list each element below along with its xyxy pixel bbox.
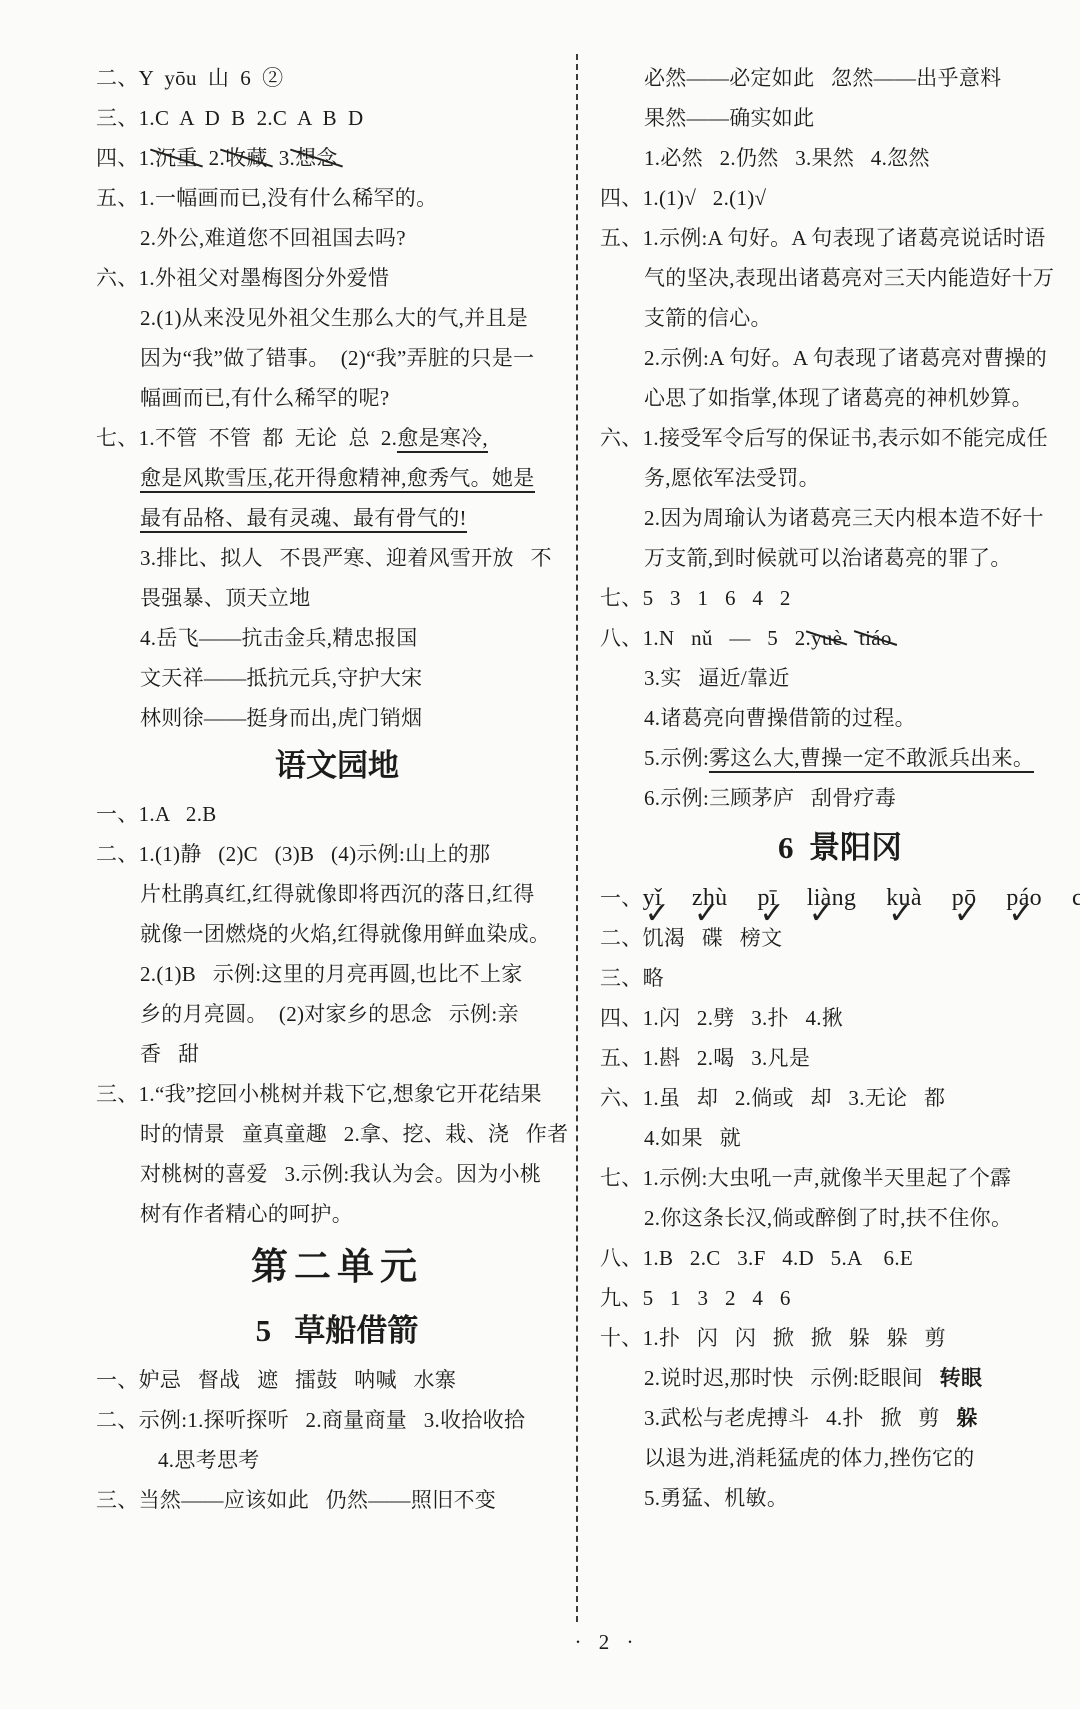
answer-line: 六、1.虽 却 2.倘或 却 3.无论 都 bbox=[600, 1078, 1080, 1118]
answer-line: 五、1.斟 2.喝 3.凡是 bbox=[600, 1038, 1080, 1078]
answer-line: 4.如果 就 bbox=[600, 1118, 1080, 1158]
checkmark-icon: ✓ bbox=[759, 894, 784, 934]
checkmark-icon: ✓ bbox=[694, 894, 719, 934]
answer-line: 林则徐——挺身而出,虎门销烟 bbox=[96, 698, 578, 738]
answer-line: 八、1.B 2.C 3.F 4.D 5.A 6.E bbox=[600, 1238, 1080, 1278]
answer-line: 务,愿依军法受罚。 bbox=[600, 458, 1080, 498]
pinyin-syllable: pī✓ bbox=[757, 878, 776, 918]
answer-line: 五、1.一幅画而已,没有什么稀罕的。 bbox=[96, 178, 578, 218]
answer-line: 2.外公,难道您不回祖国去吗? bbox=[96, 218, 578, 258]
answer-line: 六、1.外祖父对墨梅图分外爱惜 bbox=[96, 258, 578, 298]
answer-line: 九、5 1 3 2 4 6 bbox=[600, 1278, 1080, 1318]
answer-line: 就像一团燃烧的火焰,红得就像用鲜血染成。 bbox=[96, 914, 578, 954]
answer-line: 香 甜 bbox=[96, 1034, 578, 1074]
answer-text bbox=[842, 626, 859, 650]
answer-line: 2.(1)B 示例:这里的月亮再圆,也比不上家 bbox=[96, 954, 578, 994]
left-column: 二、Y yōu 山 6 ② 三、1.C A D B 2.C A B D 四、1.… bbox=[96, 58, 578, 1520]
answer-line: 5.示例:雾这么大,曹操一定不敢派兵出来。 bbox=[600, 738, 1080, 778]
underlined-answer: 雾这么大,曹操一定不敢派兵出来。 bbox=[709, 746, 1034, 773]
answer-line: 七、1.示例:大虫吼一声,就像半天里起了个霹 bbox=[600, 1158, 1080, 1198]
checkmark-icon: ✓ bbox=[888, 894, 913, 934]
answer-line: 一、妒忌 督战 遮 擂鼓 呐喊 水寨 bbox=[96, 1360, 578, 1400]
answer-line: 十、1.扑 闪 闪 掀 掀 躲 躲 剪 bbox=[600, 1318, 1080, 1358]
answer-line: 4.思考思考 bbox=[96, 1440, 578, 1480]
answer-line: 支箭的信心。 bbox=[600, 298, 1080, 338]
pinyin-text: ch bbox=[1072, 885, 1080, 911]
answer-text: 一、 bbox=[600, 886, 643, 910]
answer-line: 树有作者精心的呵护。 bbox=[96, 1194, 578, 1234]
pinyin-syllable: kuà✓ bbox=[886, 878, 922, 918]
answer-line: 2.(1)从来没见外祖父生那么大的气,并且是 bbox=[96, 298, 578, 338]
underlined-answer: 愈是风欺雪压,花开得愈精神,愈秀气。她是 bbox=[140, 466, 535, 493]
answer-text: 2.说时迟,那时快 示例:眨眼间 bbox=[644, 1366, 940, 1390]
crossed-out-word: tiáo bbox=[859, 618, 892, 658]
answer-line: 文天祥——抵抗元兵,守护大宋 bbox=[96, 658, 578, 698]
pinyin-syllable: zhù✓ bbox=[692, 878, 728, 918]
crossed-out-word: 想念 bbox=[295, 138, 338, 178]
answer-line: 三、1.C A D B 2.C A B D bbox=[96, 98, 578, 138]
answer-line: 心思了如指掌,体现了诸葛亮的神机妙算。 bbox=[600, 378, 1080, 418]
answer-line: 以退为进,消耗猛虎的体力,挫伤它的 bbox=[600, 1438, 1080, 1478]
checkmark-icon: ✓ bbox=[809, 894, 834, 934]
answer-line: 5.勇猛、机敏。 bbox=[600, 1478, 1080, 1518]
pinyin-syllable: yǐ✓ bbox=[643, 878, 662, 918]
pinyin-syllable: pō✓ bbox=[952, 878, 977, 918]
answer-line: 乡的月亮圆。 (2)对家乡的思念 示例:亲 bbox=[96, 994, 578, 1034]
answer-line: 二、示例:1.探听探听 2.商量商量 3.收拾收拾 bbox=[96, 1400, 578, 1440]
answer-line: 3.排比、拟人 不畏严寒、迎着风雪开放 不 bbox=[96, 538, 578, 578]
answer-line: 愈是风欺雪压,花开得愈精神,愈秀气。她是 bbox=[96, 458, 578, 498]
answer-line: 畏强暴、顶天立地 bbox=[96, 578, 578, 618]
answer-line: 4.诸葛亮向曹操借箭的过程。 bbox=[600, 698, 1080, 738]
checkmark-icon: ✓ bbox=[954, 894, 979, 934]
answer-line: 五、1.示例:A 句好。A 句表现了诸葛亮说话时语 bbox=[600, 218, 1080, 258]
answer-text: 八、1.N nǔ — 5 2. bbox=[600, 626, 811, 650]
answer-line: 必然——必定如此 忽然——出乎意料 bbox=[600, 58, 1080, 98]
answer-line: 一、1.A 2.B bbox=[96, 794, 578, 834]
bold-answer: 躲 bbox=[956, 1406, 977, 1430]
checkmark-icon: ✓ bbox=[1008, 894, 1033, 934]
answer-line: 二、Y yōu 山 6 ② bbox=[96, 58, 578, 98]
heading-yuwen-yuandi: 语文园地 bbox=[96, 738, 578, 794]
answer-line: 四、1.(1)√ 2.(1)√ bbox=[600, 178, 1080, 218]
answer-text: 七、1.不管 不管 都 无论 总 2. bbox=[96, 426, 397, 450]
answer-line: 三、当然——应该如此 仍然——照旧不变 bbox=[96, 1480, 578, 1520]
answer-line: 七、1.不管 不管 都 无论 总 2.愈是寒冷, bbox=[96, 418, 578, 458]
crossed-out-word: yuè bbox=[811, 618, 842, 658]
answer-text: 3.武松与老虎搏斗 4.扑 掀 剪 bbox=[644, 1406, 956, 1430]
heading-lesson-6: 6 景阳冈 bbox=[600, 818, 1080, 878]
answer-line: 果然——确实如此 bbox=[600, 98, 1080, 138]
underlined-answer: 最有品格、最有灵魂、最有骨气的! bbox=[140, 506, 467, 533]
answer-line: 3.武松与老虎搏斗 4.扑 掀 剪 躲 bbox=[600, 1398, 1080, 1438]
checkmark-icon: ✓ bbox=[645, 894, 670, 934]
answer-line: 三、1.“我”挖回小桃树并栽下它,想象它开花结果 bbox=[96, 1074, 578, 1114]
pinyin-syllable: páo✓ bbox=[1006, 878, 1042, 918]
answer-line: 2.说时迟,那时快 示例:眨眼间 转眼 bbox=[600, 1358, 1080, 1398]
answer-line: 二、1.(1)静 (2)C (3)B (4)示例:山上的那 bbox=[96, 834, 578, 874]
answer-line: 对桃树的喜爱 3.示例:我认为会。因为小桃 bbox=[96, 1154, 578, 1194]
right-column: 必然——必定如此 忽然——出乎意料 果然——确实如此 1.必然 2.仍然 3.果… bbox=[600, 58, 1080, 1518]
answer-line: 因为“我”做了错事。 (2)“我”弄脏的只是一 bbox=[96, 338, 578, 378]
heading-unit-2: 第二单元 bbox=[96, 1234, 578, 1302]
page-number: · 2 · bbox=[575, 1630, 640, 1655]
answer-line: 2.因为周瑜认为诸葛亮三天内根本造不好十 bbox=[600, 498, 1080, 538]
answer-text: 5.示例: bbox=[644, 746, 709, 770]
answer-line: 4.岳飞——抗击金兵,精忠报国 bbox=[96, 618, 578, 658]
crossed-out-word: 收藏 bbox=[225, 138, 268, 178]
crossed-out-word: 沉重 bbox=[155, 138, 198, 178]
bold-answer: 转眼 bbox=[940, 1366, 983, 1390]
answer-line: 片杜鹃真红,红得就像即将西沉的落日,红得 bbox=[96, 874, 578, 914]
answer-line: 气的坚决,表现出诸葛亮对三天内能造好十万 bbox=[600, 258, 1080, 298]
answer-line-pinyin: 一、yǐ✓zhù✓pī✓liàng✓kuà✓pō✓páo✓ch bbox=[600, 878, 1080, 918]
answer-line: 2.示例:A 句好。A 句表现了诸葛亮对曹操的 bbox=[600, 338, 1080, 378]
answer-line: 最有品格、最有灵魂、最有骨气的! bbox=[96, 498, 578, 538]
underlined-answer: 愈是寒冷, bbox=[397, 426, 488, 453]
pinyin-syllable: liàng✓ bbox=[807, 878, 857, 918]
answer-line: 八、1.N nǔ — 5 2.yuè tiáo bbox=[600, 618, 1080, 658]
heading-lesson-5: 5 草船借箭 bbox=[96, 1302, 578, 1360]
answer-line: 四、1.沉重 2.收藏 3.想念 bbox=[96, 138, 578, 178]
answer-line: 6.示例:三顾茅庐 刮骨疗毒 bbox=[600, 778, 1080, 818]
answer-line: 七、5 3 1 6 4 2 bbox=[600, 578, 1080, 618]
answer-line: 万支箭,到时候就可以治诸葛亮的罪了。 bbox=[600, 538, 1080, 578]
answer-text: 四、1. bbox=[96, 146, 155, 170]
pinyin-syllable: ch bbox=[1072, 878, 1080, 918]
answer-line: 六、1.接受军令后写的保证书,表示如不能完成任 bbox=[600, 418, 1080, 458]
answer-line: 时的情景 童真童趣 2.拿、挖、栽、浇 作者 bbox=[96, 1114, 578, 1154]
answer-line: 3.实 逼近/靠近 bbox=[600, 658, 1080, 698]
answer-line: 四、1.闪 2.劈 3.扑 4.揪 bbox=[600, 998, 1080, 1038]
answer-line: 三、略 bbox=[600, 958, 1080, 998]
answer-line: 1.必然 2.仍然 3.果然 4.忽然 bbox=[600, 138, 1080, 178]
answer-line: 2.你这条长汉,倘或醉倒了时,扶不住你。 bbox=[600, 1198, 1080, 1238]
answer-line: 幅画而已,有什么稀罕的呢? bbox=[96, 378, 578, 418]
